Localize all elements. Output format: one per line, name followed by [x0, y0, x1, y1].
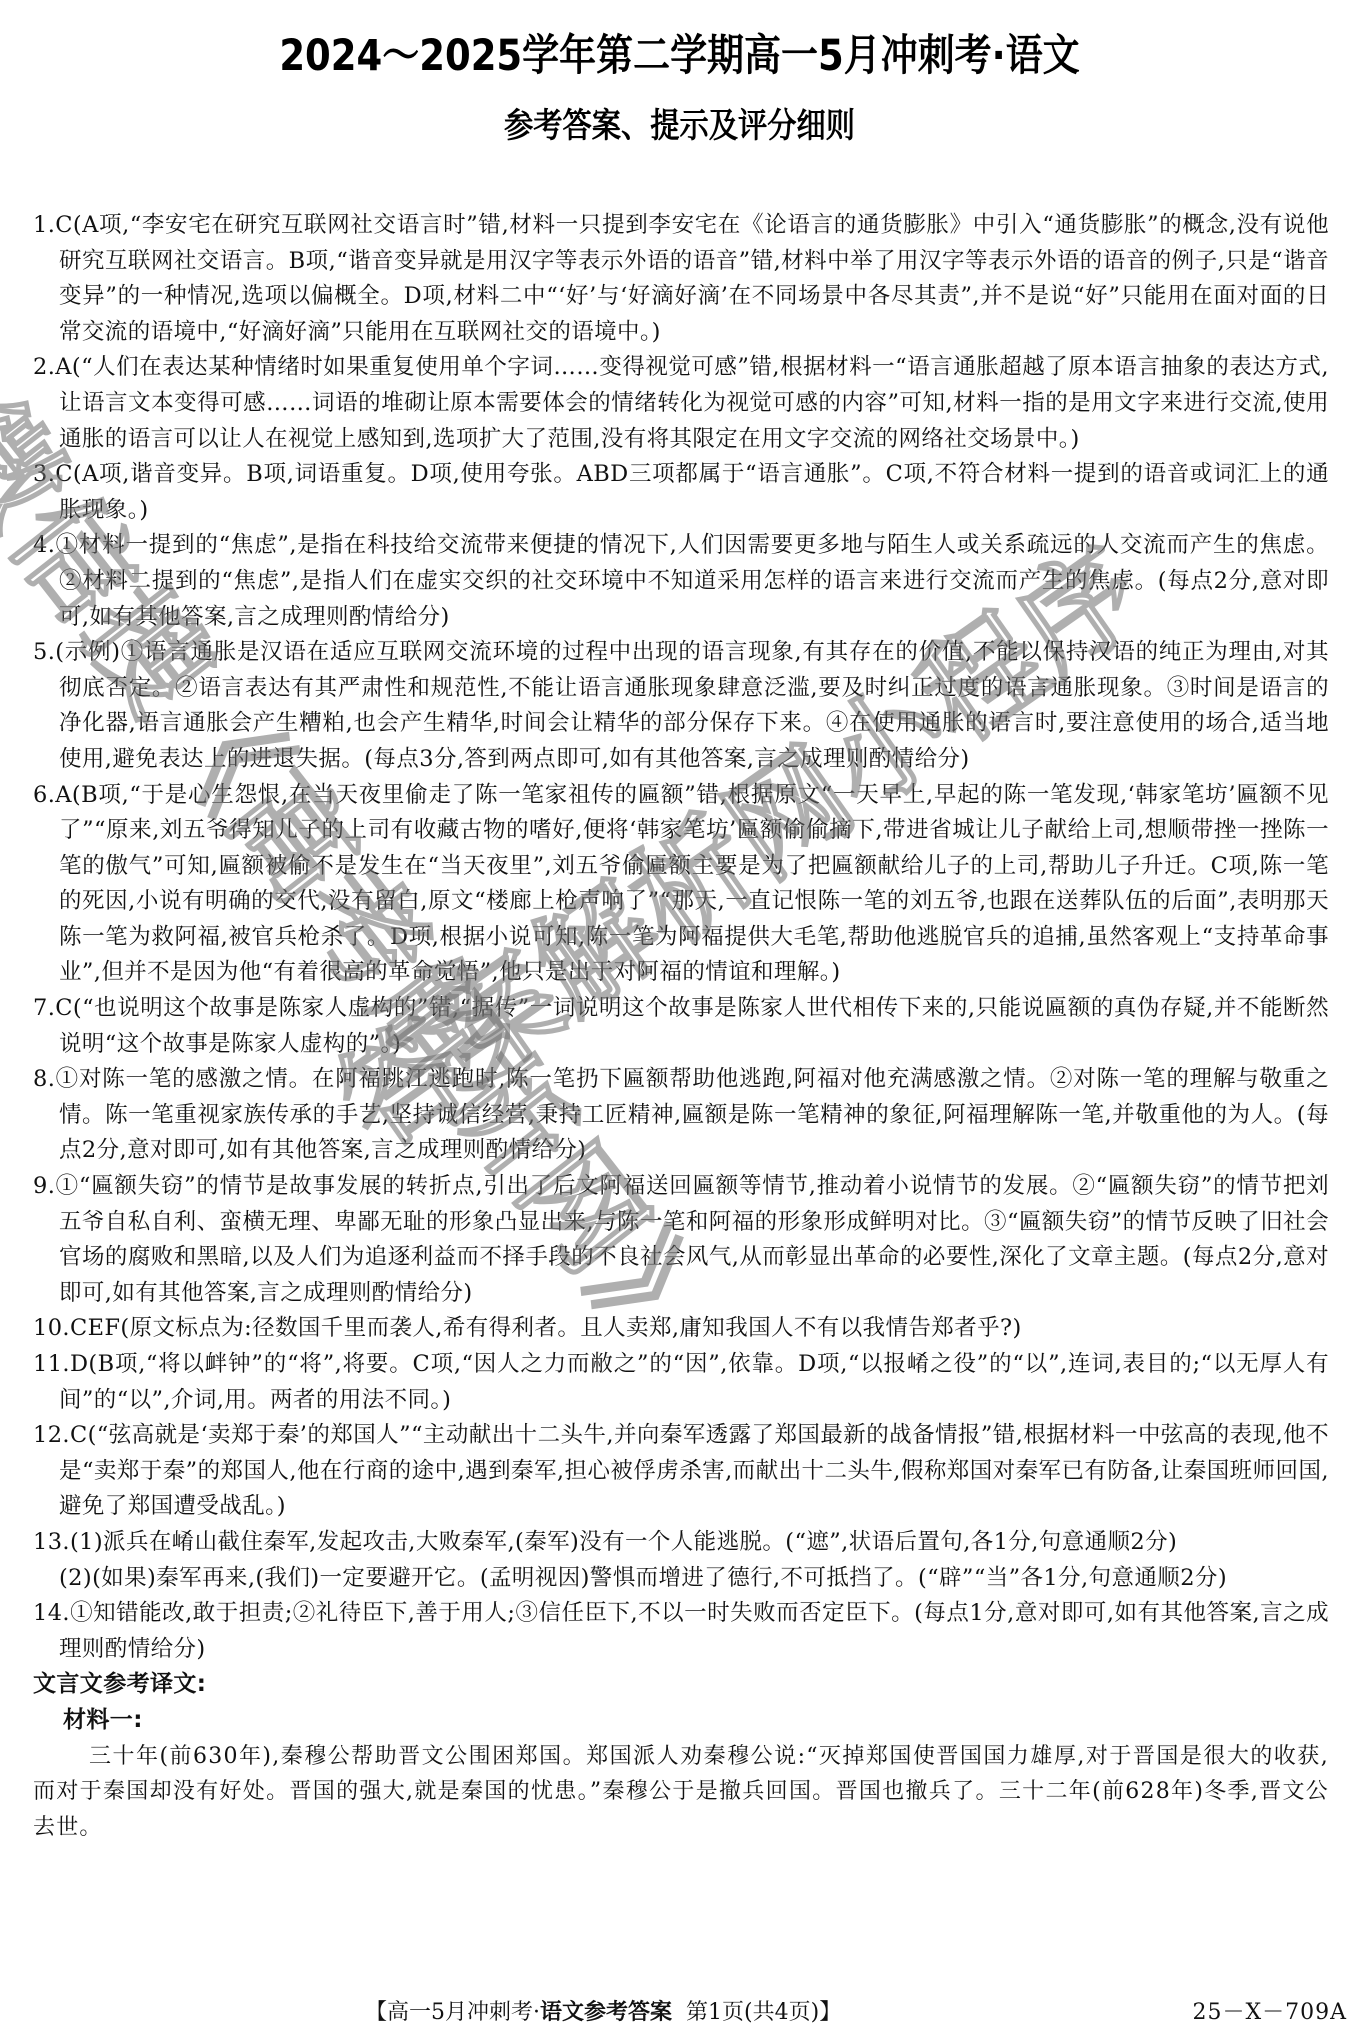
answer-item-7: 7.C(“也说明这个故事是陈家人虚构的”错,“据传”一词说明这个故事是陈家人世代…: [33, 991, 1329, 1062]
answer-item-13-part2: (2)(如果)秦军再来,(我们)一定要避开它。(孟明视因)警惧而增进了德行,不可…: [33, 1561, 1329, 1597]
answer-number: 12.: [33, 1422, 70, 1448]
page-subtitle: 参考答案、提示及评分细则: [95, 98, 1264, 147]
footer-bracket-right: 】: [819, 2000, 841, 2025]
answer-number: 7.: [33, 995, 55, 1021]
answer-number: 14.: [33, 1600, 70, 1626]
answer-number: 8.: [33, 1066, 55, 1092]
answer-text: C(“也说明这个故事是陈家人虚构的”错,“据传”一词说明这个故事是陈家人世代相传…: [55, 995, 1329, 1057]
answer-key-page: 2024～2025学年第二学期高一5月冲刺考·语文 参考答案、提示及评分细则 1…: [0, 0, 1359, 2031]
answer-item-4: 4.①材料一提到的“焦虑”,是指在科技给交流带来便捷的情况下,人们因需要更多地与…: [33, 528, 1329, 635]
answer-item-13-part1: 13.(1)派兵在崤山截住秦军,发起攻击,大败秦军,(秦军)没有一个人能逃脱。(…: [33, 1525, 1329, 1561]
answer-item-5: 5.(示例)①语言通胀是汉语在适应互联网交流环境的过程中出现的语言现象,有其存在…: [33, 635, 1329, 777]
answer-number: 4.: [33, 532, 55, 558]
answer-item-9: 9.①“匾额失窃”的情节是故事发展的转折点,引出了后文阿福送回匾额等情节,推动着…: [33, 1169, 1329, 1311]
answer-text: CEF(原文标点为:径数国千里而袭人,希有得利者。且人卖郑,庸知我国人不有以我情…: [70, 1315, 1022, 1341]
answer-list: 1.C(A项,“李安宅在研究互联网社交语言时”错,材料一只提到李安宅在《论语言的…: [33, 208, 1329, 1845]
material-label: 材料一:: [33, 1703, 1329, 1739]
page-title: 2024～2025学年第二学期高一5月冲刺考·语文: [95, 22, 1264, 83]
answer-number: 1.: [33, 212, 55, 238]
translation-paragraph: 三十年(前630年),秦穆公帮助晋文公围困郑国。郑国派人劝秦穆公说:“灭掉郑国使…: [33, 1739, 1329, 1846]
answer-item-6: 6.A(B项,“于是心生怨恨,在当天夜里偷走了陈一笔家祖传的匾额”错,根据原文“…: [33, 778, 1329, 992]
answer-number: 6.: [33, 782, 55, 808]
answer-number: 2.: [33, 354, 55, 380]
answer-item-10: 10.CEF(原文标点为:径数国千里而袭人,希有得利者。且人卖郑,庸知我国人不有…: [33, 1311, 1329, 1347]
answer-number: 9.: [33, 1173, 55, 1199]
footer-page-info: 【高一5月冲刺考·语文参考答案 第1页(共4页)】: [365, 1999, 841, 2027]
footer-doc-name: 语文参考答案: [540, 2000, 672, 2025]
answer-item-2: 2.A(“人们在表达某种情绪时如果重复使用单个字词……变得视觉可感”错,根据材料…: [33, 350, 1329, 457]
answer-item-8: 8.①对陈一笔的感激之情。在阿福跳江逃跑时,陈一笔扔下匾额帮助他逃跑,阿福对他充…: [33, 1062, 1329, 1169]
footer-doc-code: 25－X－709A: [1192, 1999, 1347, 2027]
answer-text: ①“匾额失窃”的情节是故事发展的转折点,引出了后文阿福送回匾额等情节,推动着小说…: [55, 1173, 1329, 1306]
answer-item-1: 1.C(A项,“李安宅在研究互联网社交语言时”错,材料一只提到李安宅在《论语言的…: [33, 208, 1329, 350]
answer-item-12: 12.C(“弦高就是‘卖郑于秦’的郑国人”“主动献出十二头牛,并向秦军透露了郑国…: [33, 1418, 1329, 1525]
answer-number: 5.: [33, 639, 55, 665]
translation-heading: 文言文参考译文:: [33, 1667, 1329, 1703]
answer-item-14: 14.①知错能改,敢于担责;②礼待臣下,善于用人;③信任臣下,不以一时失败而否定…: [33, 1596, 1329, 1667]
answer-text: ①对陈一笔的感激之情。在阿福跳江逃跑时,陈一笔扔下匾额帮助他逃跑,阿福对他充满感…: [55, 1066, 1329, 1163]
answer-text: D(B项,“将以衅钟”的“将”,将要。C项,“因人之力而敝之”的“因”,依靠。D…: [59, 1351, 1329, 1413]
footer-bracket-left: 【: [365, 2000, 387, 2025]
answer-text: ①材料一提到的“焦虑”,是指在科技给交流带来便捷的情况下,人们因需要更多地与陌生…: [55, 532, 1329, 629]
answer-text: C(A项,“李安宅在研究互联网社交语言时”错,材料一只提到李安宅在《论语言的通货…: [55, 212, 1329, 345]
answer-text: A(“人们在表达某种情绪时如果重复使用单个字词……变得视觉可感”错,根据材料一“…: [55, 354, 1329, 451]
footer-exam-name: 高一5月冲刺考·: [387, 2000, 540, 2025]
answer-text: C(A项,谐音变异。B项,词语重复。D项,使用夸张。ABD三项都属于“语言通胀”…: [55, 461, 1329, 523]
answer-number: 3.: [33, 461, 55, 487]
answer-text: (示例)①语言通胀是汉语在适应互联网交流环境的过程中出现的语言现象,有其存在的价…: [55, 639, 1329, 772]
answer-item-11: 11.D(B项,“将以衅钟”的“将”,将要。C项,“因人之力而敝之”的“因”,依…: [33, 1347, 1329, 1418]
answer-text: C(“弦高就是‘卖郑于秦’的郑国人”“主动献出十二头牛,并向秦军透露了郑国最新的…: [59, 1422, 1329, 1519]
page-footer: 【高一5月冲刺考·语文参考答案 第1页(共4页)】 25－X－709A: [0, 1999, 1359, 2027]
footer-page-number: 第1页(共4页): [672, 2000, 819, 2025]
answer-number: 13.: [33, 1529, 70, 1555]
answer-text: ①知错能改,敢于担责;②礼待臣下,善于用人;③信任臣下,不以一时失败而否定臣下。…: [59, 1600, 1329, 1662]
answer-number: 10.: [33, 1315, 70, 1341]
answer-item-3: 3.C(A项,谐音变异。B项,词语重复。D项,使用夸张。ABD三项都属于“语言通…: [33, 457, 1329, 528]
answer-text: (2)(如果)秦军再来,(我们)一定要避开它。(孟明视因)警惧而增进了德行,不可…: [59, 1565, 1227, 1591]
answer-text: (1)派兵在崤山截住秦军,发起攻击,大败秦军,(秦军)没有一个人能逃脱。(“遮”…: [70, 1529, 1177, 1555]
answer-text: A(B项,“于是心生怨恨,在当天夜里偷走了陈一笔家祖传的匾额”错,根据原文“一天…: [55, 782, 1329, 986]
answer-number: 11.: [33, 1351, 70, 1377]
